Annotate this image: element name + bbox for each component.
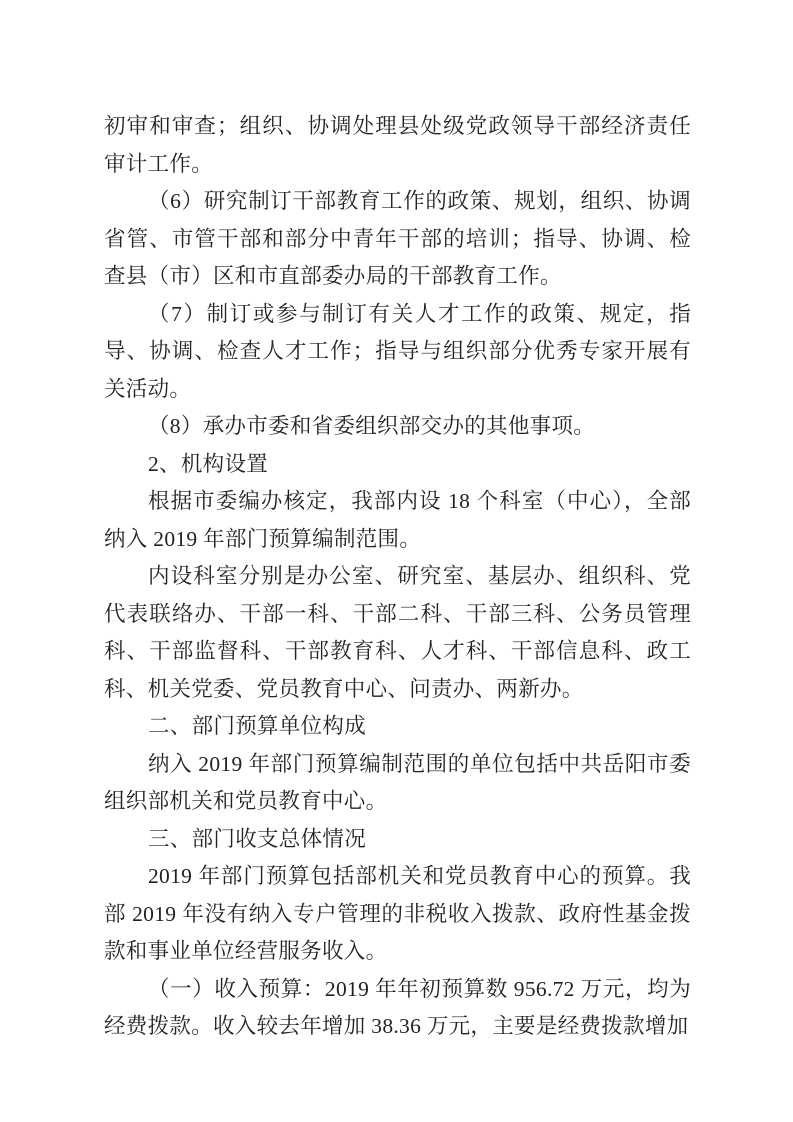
- paragraph-revenue-budget: （一）收入预算：2019 年年初预算数 956.72 万元，均为经费拨款。收入较…: [104, 971, 691, 1046]
- paragraph-budget-scope: 2019 年部门预算包括部机关和党员教育中心的预算。我部 2019 年没有纳入专…: [104, 858, 691, 971]
- paragraph-duty-7-talent-work: （7）制订或参与制订有关人才工作的政策、规定，指导、协调、检查人才工作；指导与组…: [104, 296, 691, 409]
- heading-revenue-expenditure-overview: 三、部门收支总体情况: [104, 821, 691, 859]
- paragraph-duty-8-other-matters: （8）承办市委和省委组织部交办的其他事项。: [104, 408, 691, 446]
- paragraph-duty-6-cadre-education: （6）研究制订干部教育工作的政策、规划，组织、协调省管、市管干部和部分中青年干部…: [104, 183, 691, 296]
- document-page: 初审和审查；组织、协调处理县处级党政领导干部经济责任审计工作。 （6）研究制订干…: [0, 0, 793, 1122]
- paragraph-budget-units: 纳入 2019 年部门预算编制范围的单位包括中共岳阳市委组织部机关和党员教育中心…: [104, 746, 691, 821]
- document-text-block: 初审和审查；组织、协调处理县处级党政领导干部经济责任审计工作。 （6）研究制订干…: [104, 108, 691, 1046]
- paragraph-internal-offices-count: 根据市委编办核定，我部内设 18 个科室（中心），全部纳入 2019 年部门预算…: [104, 483, 691, 558]
- paragraph-internal-offices-list: 内设科室分别是办公室、研究室、基层办、组织科、党代表联络办、干部一科、干部二科、…: [104, 558, 691, 708]
- paragraph-continuation-audit-work: 初审和审查；组织、协调处理县处级党政领导干部经济责任审计工作。: [104, 108, 691, 183]
- heading-organization-setup: 2、机构设置: [104, 446, 691, 484]
- heading-budget-unit-composition: 二、部门预算单位构成: [104, 708, 691, 746]
